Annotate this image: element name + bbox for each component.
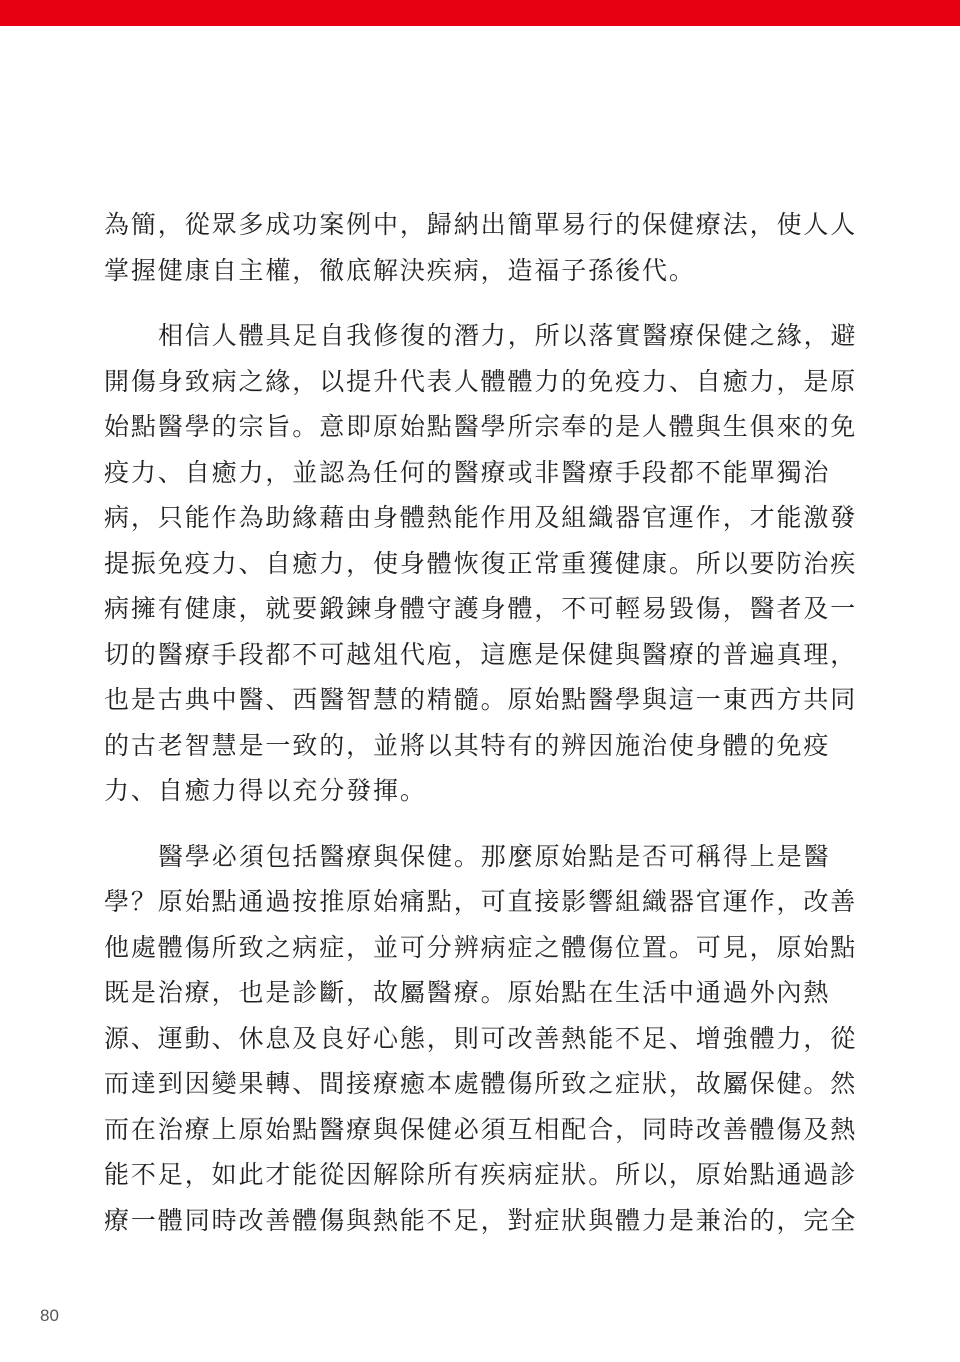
text-line: 病，只能作為助緣藉由身體熱能作用及組織器官運作，才能激發 — [104, 495, 858, 541]
text-line: 開傷身致病之緣，以提升代表人體體力的免疫力、自癒力，是原 — [104, 359, 858, 405]
text-line: 始點醫學的宗旨。意即原始點醫學所宗奉的是人體與生俱來的免 — [104, 404, 858, 450]
text-line-indented: 醫學必須包括醫療與保健。那麼原始點是否可稱得上是醫 — [104, 834, 858, 880]
text-line: 而在治療上原始點醫療與保健必須互相配合，同時改善體傷及熱 — [104, 1107, 858, 1153]
text-line: 為簡，從眾多成功案例中，歸納出簡單易行的保健療法，使人人 — [104, 202, 858, 248]
header-accent-bar — [0, 0, 960, 26]
text-line: 療一體同時改善體傷與熱能不足，對症狀與體力是兼治的，完全 — [104, 1198, 858, 1244]
paragraph-spacer — [104, 814, 858, 834]
paragraph-2: 相信人體具足自我修復的潛力，所以落實醫療保健之緣，避 開傷身致病之緣，以提升代表… — [104, 313, 858, 814]
paragraph-3: 醫學必須包括醫療與保健。那麼原始點是否可稱得上是醫 學？原始點通過按推原始痛點，… — [104, 834, 858, 1244]
text-line: 的古老智慧是一致的，並將以其特有的辨因施治使身體的免疫 — [104, 723, 858, 769]
page-number: 80 — [40, 1306, 59, 1326]
text-line: 病擁有健康，就要鍛鍊身體守護身體，不可輕易毀傷，醫者及一 — [104, 586, 858, 632]
paragraph-spacer — [104, 293, 858, 313]
text-line: 掌握健康自主權，徹底解決疾病，造福子孫後代。 — [104, 248, 858, 294]
text-line: 疫力、自癒力，並認為任何的醫療或非醫療手段都不能單獨治 — [104, 450, 858, 496]
text-line: 能不足，如此才能從因解除所有疾病症狀。所以，原始點通過診 — [104, 1152, 858, 1198]
text-line: 學？原始點通過按推原始痛點，可直接影響組織器官運作，改善 — [104, 879, 858, 925]
body-text: 為簡，從眾多成功案例中，歸納出簡單易行的保健療法，使人人 掌握健康自主權，徹底解… — [104, 202, 858, 1243]
text-line-indented: 相信人體具足自我修復的潛力，所以落實醫療保健之緣，避 — [104, 313, 858, 359]
text-line: 也是古典中醫、西醫智慧的精髓。原始點醫學與這一東西方共同 — [104, 677, 858, 723]
paragraph-1: 為簡，從眾多成功案例中，歸納出簡單易行的保健療法，使人人 掌握健康自主權，徹底解… — [104, 202, 858, 293]
text-line: 他處體傷所致之病症，並可分辨病症之體傷位置。可見，原始點 — [104, 925, 858, 971]
text-line: 力、自癒力得以充分發揮。 — [104, 768, 858, 814]
text-line: 切的醫療手段都不可越俎代庖，這應是保健與醫療的普遍真理， — [104, 632, 858, 678]
text-line: 源、運動、休息及良好心態，則可改善熱能不足、增強體力，從 — [104, 1016, 858, 1062]
text-line: 提振免疫力、自癒力，使身體恢復正常重獲健康。所以要防治疾 — [104, 541, 858, 587]
text-line: 既是治療，也是診斷，故屬醫療。原始點在生活中通過外內熱 — [104, 970, 858, 1016]
text-line: 而達到因變果轉、間接療癒本處體傷所致之症狀，故屬保健。然 — [104, 1061, 858, 1107]
